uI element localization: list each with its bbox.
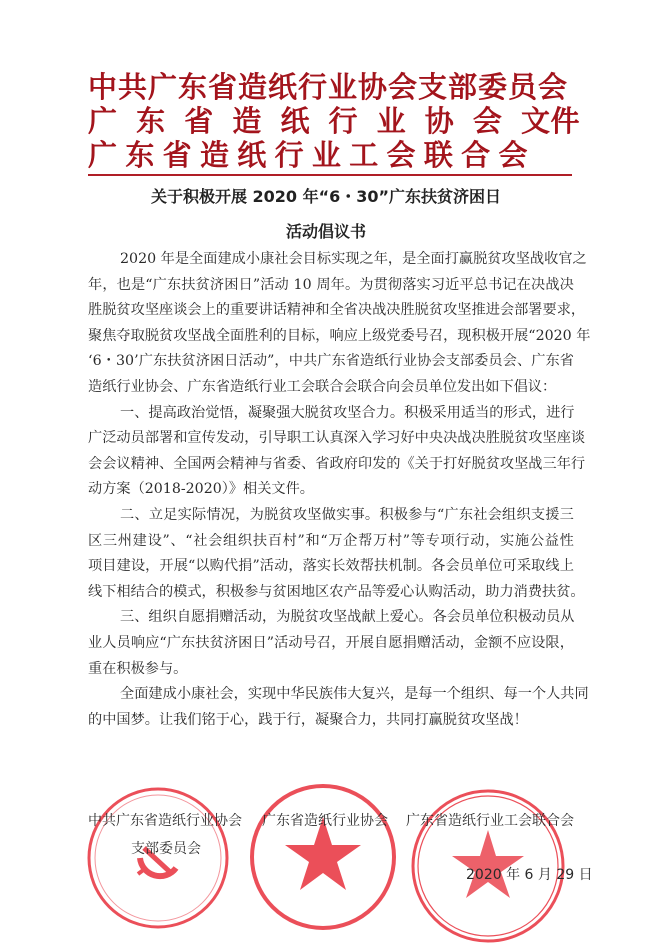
header-char: 省 <box>163 138 193 172</box>
header-char: 业 <box>377 104 407 138</box>
header-char: 合 <box>461 138 491 172</box>
header-char: 东 <box>125 138 155 172</box>
body-line: 重在积极参与。 <box>88 657 574 683</box>
body-line: 动方案（2018-2020）》相关文件。 <box>88 477 574 503</box>
header-char: 造 <box>232 104 262 138</box>
body-line: 年，也是“广东扶贫济困日”活动 10 周年。为贯彻落实习近平总书记在决战决 <box>88 273 574 299</box>
header-char: 广 <box>88 138 118 172</box>
header-char: 广 <box>88 104 118 138</box>
body-line: 三、组织自愿捐赠活动，为脱贫攻坚战献上爱心。各会员单位积极动员从 <box>88 605 574 631</box>
red-header-divider <box>88 174 572 176</box>
document-title-line2: 活动倡议书 <box>0 219 652 242</box>
body-line: 一、提高政治觉悟，凝聚强大脱贫攻坚合力。积极采用适当的形式，进行 <box>88 401 574 427</box>
header-char: 会 <box>498 138 528 172</box>
header-line-association-document: 广 东 省 造 纸 行 业 协 会 文件 <box>88 104 580 138</box>
body-line: 区三州建设”、“社会组织扶百村”和“万企帮万村”等专项行动，实施公益性 <box>88 529 574 555</box>
seal-star-icon <box>249 783 397 931</box>
body-line: 项目建设，开展“以购代捐”活动，落实长效帮扶机制。各会员单位可采取线上 <box>88 554 574 580</box>
body-line: 聚焦夺取脱贫攻坚战全面胜利的目标，响应上级党委号召，现积极开展“2020 年 <box>88 324 574 350</box>
body-line: 线下相结合的模式，积极参与贫困地区农产品等爱心认购活动，助力消费扶贫。 <box>88 580 574 606</box>
header-char: 会 <box>387 138 417 172</box>
signature-org1-line2: 支部委员会 <box>131 838 201 858</box>
body-line: 胜脱贫攻坚座谈会上的重要讲话精神和全省决战决胜脱贫攻坚推进会部署要求， <box>88 298 574 324</box>
header-char: 纸 <box>237 138 267 172</box>
header-char: 联 <box>424 138 454 172</box>
header-char: 会 <box>473 104 503 138</box>
document-title-line1: 关于积极开展 2020 年“6・30”广东扶贫济困日 <box>0 184 652 207</box>
body-line: ‘6・30’广东扶贫济困日活动”，中共广东省造纸行业协会支部委员会、广东省 <box>88 349 574 375</box>
body-line: 二、立足实际情况，为脱贫攻坚做实事。积极参与“广东社会组织支援三 <box>88 503 574 529</box>
document-date: 2020 年 6 月 29 日 <box>466 864 593 884</box>
header-char: 业 <box>312 138 342 172</box>
body-line: 会会议精神、全国两会精神与省委、省政府印发的《关于打好脱贫攻坚战三年行 <box>88 452 574 478</box>
header-char: 省 <box>184 104 214 138</box>
association-seal-stamp <box>249 783 397 931</box>
seal-icon <box>86 786 230 930</box>
signature-org2: 广东省造纸行业协会 <box>262 810 388 830</box>
header-char: 纸 <box>280 104 310 138</box>
body-line: 全面建成小康社会，实现中华民族伟大复兴，是每一个组织、每一个人共同 <box>88 682 574 708</box>
body-line: 的中国梦。让我们铭于心，践于行，凝聚合力，共同打赢脱贫攻坚战！ <box>88 708 574 734</box>
header-char: 造 <box>200 138 230 172</box>
header-char: 文件 <box>521 104 580 138</box>
header-char: 行 <box>329 104 359 138</box>
body-line: 业人员响应“广东扶贫济困日”活动号召，开展自愿捐赠活动，金额不应设限， <box>88 631 574 657</box>
body-line: 广泛动员部署和宣传发动，引导职工认真深入学习好中央决战决胜脱贫攻坚座谈 <box>88 426 574 452</box>
signature-org1-line1: 中共广东省造纸行业协会 <box>88 810 242 830</box>
header-char: 协 <box>425 104 455 138</box>
header-line-party-committee: 中共广东省造纸行业协会支部委员会 <box>88 70 580 104</box>
document-body: 2020 年是全面建成小康社会目标实现之年，是全面打赢脱贫攻坚战收官之 年，也是… <box>88 247 574 733</box>
header-char: 东 <box>136 104 166 138</box>
signature-org3: 广东省造纸行业工会联合会 <box>406 810 574 830</box>
header-line-union-federation: 广 东 省 造 纸 行 业 工 会 联 合 会 <box>88 138 528 172</box>
body-line: 造纸行业协会、广东省造纸行业工会联合会联合向会员单位发出如下倡议： <box>88 375 574 401</box>
party-committee-seal-stamp <box>86 786 230 930</box>
header-char: 行 <box>275 138 305 172</box>
body-line: 2020 年是全面建成小康社会目标实现之年，是全面打赢脱贫攻坚战收官之 <box>88 247 574 273</box>
document-header: 中共广东省造纸行业协会支部委员会 广 东 省 造 纸 行 业 协 会 文件 广 … <box>88 70 580 172</box>
header-char: 工 <box>349 138 379 172</box>
